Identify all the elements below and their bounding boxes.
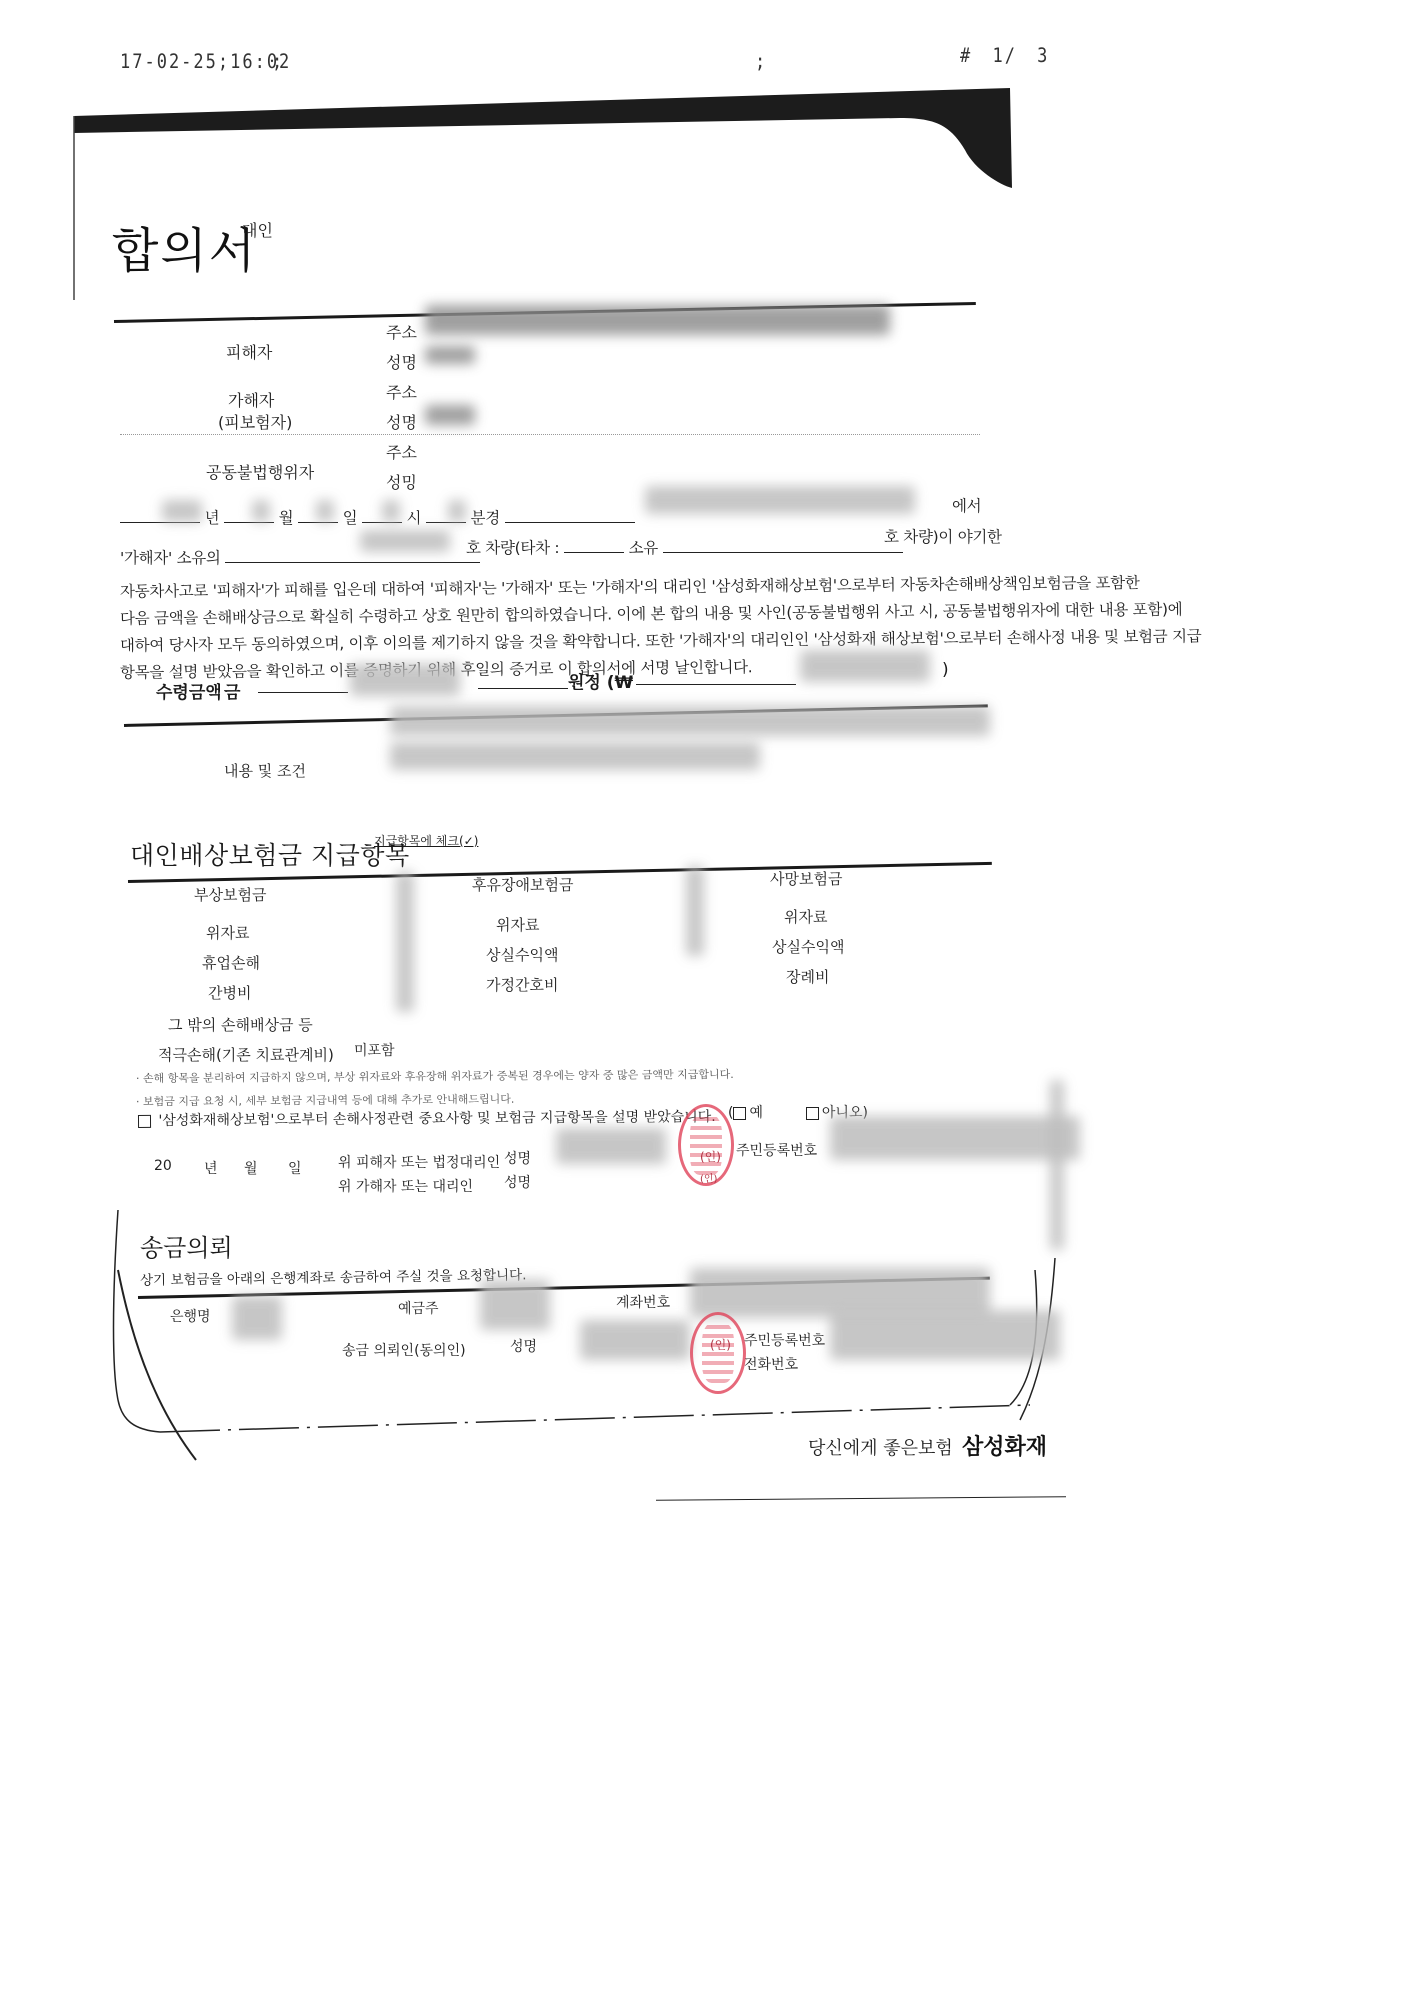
bank-name-label: 은행명 <box>170 1306 211 1326</box>
footer-brand: 삼성화재 <box>962 1430 1047 1461</box>
seal-stamp <box>690 1312 746 1394</box>
name-label: 성명 <box>510 1336 537 1356</box>
bank-name-redacted <box>232 1296 282 1340</box>
remittance-title: 송금의뢰 <box>140 1228 233 1263</box>
account-holder-redacted <box>480 1280 550 1330</box>
footer-slogan: 당신에게 좋은보험 <box>808 1434 953 1460</box>
account-holder-label: 예금주 <box>398 1298 439 1318</box>
remittance-requester-label: 송금 의뢰인(동의인) <box>342 1340 466 1360</box>
resident-id-redacted <box>830 1310 1060 1360</box>
requester-name-redacted <box>580 1320 690 1360</box>
resident-id-label: 주민등록번호 <box>744 1330 825 1350</box>
seal-mark: (인) <box>710 1336 731 1353</box>
remittance-frame <box>0 0 1414 2000</box>
account-number-label: 계좌번호 <box>616 1292 670 1312</box>
phone-label: 전화번호 <box>744 1354 798 1374</box>
